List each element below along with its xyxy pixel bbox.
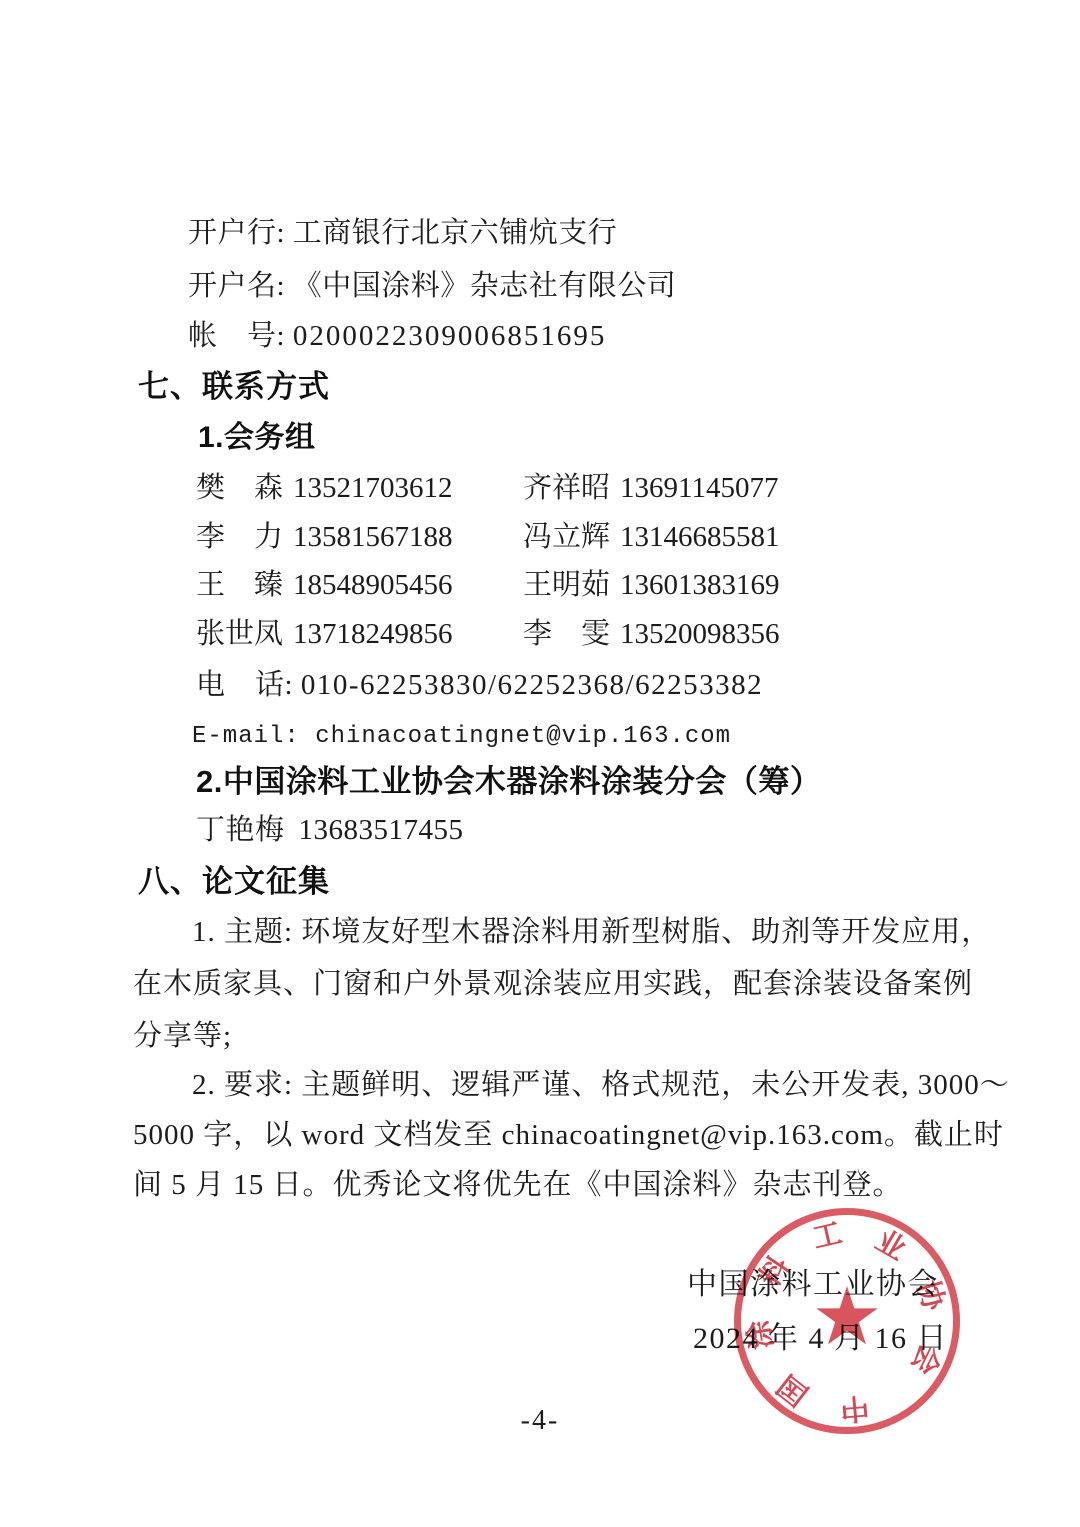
contact-name: 王明茹 xyxy=(523,569,610,601)
seal-ring-char: 业 xyxy=(870,1226,910,1266)
office-phone-line: 电 话: 010-62253830/62252368/62253382 xyxy=(196,664,763,706)
contact-phone: 18548905456 xyxy=(293,569,453,601)
email-label: E-mail: xyxy=(192,723,315,750)
contact-phone: 13691145077 xyxy=(620,472,778,504)
bank-branch-line: 开户行: 工商银行北京六铺炕支行 xyxy=(188,212,617,254)
contact-name: 齐祥昭 xyxy=(523,472,610,504)
contact-row: 王 臻18548905456 王明茹13601383169 xyxy=(196,564,836,606)
document-page: 开户行: 工商银行北京六铺炕支行 开户名: 《中国涂料》杂志社有限公司 帐 号:… xyxy=(0,0,1080,1527)
contact-phone: 13601383169 xyxy=(620,569,780,601)
contact-row: 张世凤13718249856 李 雯13520098356 xyxy=(196,613,836,655)
paper-requirement-line-2: 5000 字，以 word 文档发至 chinacoatingnet@vip.1… xyxy=(133,1114,1004,1156)
contact-phone: 13520098356 xyxy=(620,618,780,650)
email-line: E-mail: chinacoatingnet@vip.163.com xyxy=(192,716,731,758)
paper-topic-line-1: 1. 主题: 环境友好型木器涂料用新型树脂、助剂等开发应用， xyxy=(192,911,991,953)
bank-account-number-line: 帐 号: 0200022309006851695 xyxy=(188,315,606,357)
contact-name: 冯立辉 xyxy=(523,521,610,553)
seal-ring-char: 工 xyxy=(810,1219,845,1254)
page-number: -4- xyxy=(0,1405,1080,1437)
phone-label: 电 话: xyxy=(196,669,301,701)
group2-title: 2.中国涂料工业协会木器涂料涂装分会（筹） xyxy=(196,761,821,803)
seal-ring-char: 国 xyxy=(773,1369,814,1410)
contact-row: 李 力13581567188 冯立辉13146685581 xyxy=(196,516,836,558)
account-number-label: 帐 号: xyxy=(188,320,293,352)
account-number-value: 0200022309006851695 xyxy=(293,320,607,352)
paper-topic-line-2: 在木质家具、门窗和户外景观涂装应用实践，配套涂装设备案例 xyxy=(133,963,973,1005)
contact-name: 王 臻 xyxy=(196,569,283,601)
contact-phone: 13146685581 xyxy=(620,521,780,553)
signature-organization: 中国涂料工业协会 xyxy=(687,1264,939,1306)
section7-heading: 七、联系方式 xyxy=(138,366,330,408)
contact-name: 张世凤 xyxy=(196,618,283,650)
section8-heading: 八、论文征集 xyxy=(138,861,330,903)
phone-numbers: 010-62253830/62252368/62253382 xyxy=(301,669,763,701)
paper-requirement-line-1: 2. 要求: 主题鲜明、逻辑严谨、格式规范，未公开发表, 3000～ xyxy=(192,1064,1010,1106)
bank-account-name-line: 开户名: 《中国涂料》杂志社有限公司 xyxy=(188,265,676,307)
contact-phone: 13581567188 xyxy=(293,521,453,553)
paper-topic-line-3: 分享等; xyxy=(133,1015,232,1057)
contact-phone: 13718249856 xyxy=(293,618,453,650)
contact-name: 李 力 xyxy=(196,521,283,553)
contact-phone: 13683517455 xyxy=(299,814,464,846)
contact-phone: 13521703612 xyxy=(293,472,453,504)
contact-name: 李 雯 xyxy=(523,618,610,650)
signature-date: 2024 年 4 月 16 日 xyxy=(693,1318,948,1360)
email-address: chinacoatingnet@vip.163.com xyxy=(315,723,731,750)
group1-title: 1.会务组 xyxy=(198,417,316,459)
paper-requirement-line-3: 间 5 月 15 日。优秀论文将优先在《中国涂料》杂志刊登。 xyxy=(133,1164,903,1206)
contact-name: 丁艳梅 xyxy=(196,814,285,846)
contact-name: 樊 森 xyxy=(196,472,283,504)
contact-row: 樊 森13521703612 齐祥昭13691145077 xyxy=(196,467,836,509)
group2-contact: 丁艳梅13683517455 xyxy=(196,809,464,851)
